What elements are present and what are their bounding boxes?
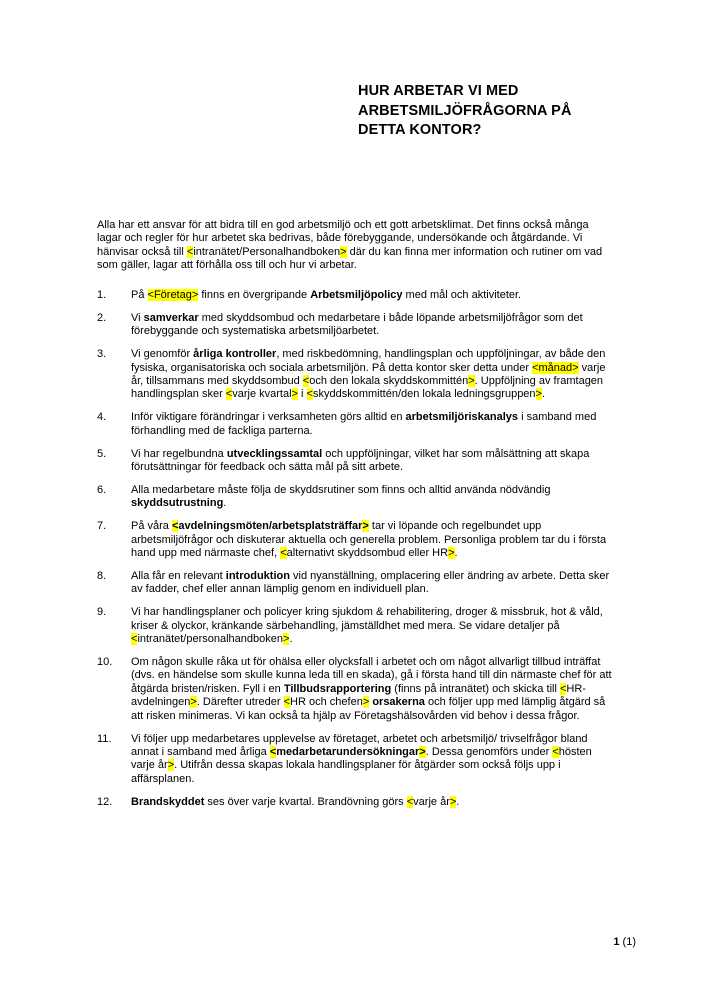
text-run: samverkar [144,312,199,324]
document-title: HUR ARBETAR VI MED ARBETSMILJÖFRÅGORNA P… [358,82,608,141]
text-run: medarbetarundersökningar [276,746,419,758]
list-item: 1. På <Företag> finns en övergripande Ar… [97,289,614,302]
list-item: 7. På våra <avdelningsmöten/arbetsplatst… [97,520,614,560]
text-run: . Utifrån dessa skapas lokala handlingsp… [131,759,561,784]
list-item-text: Vi genomför årliga kontroller, med riskb… [131,348,614,402]
title-line-2: ARBETSMILJÖFRÅGORNA PÅ [358,102,608,122]
title-line-3: DETTA KONTOR? [358,121,608,141]
list-item-text: Vi följer upp medarbetares upplevelse av… [131,733,614,787]
text-run: På [131,289,148,301]
text-run: utvecklingssamtal [227,448,322,460]
list-item-text: Inför viktigare förändringar i verksamhe… [131,411,614,438]
text-run: Vi har regelbundna [131,448,227,460]
document-page: HUR ARBETAR VI MED ARBETSMILJÖFRÅGORNA P… [0,0,707,1000]
text-run: . Dessa genomförs under [426,746,553,758]
list-item-text: Vi har regelbundna utvecklingssamtal och… [131,448,614,475]
text-run: varje kvartal [232,388,291,400]
text-run: . Därefter utreder [197,696,284,708]
list-item-number: 2. [97,312,131,339]
list-item: 10. Om någon skulle råka ut för ohälsa e… [97,656,614,723]
text-run: skyddskommittén/den lokala ledningsgrupp… [313,388,536,400]
text-run: Alla medarbetare måste följa de skyddsru… [131,484,550,496]
list-item-number: 1. [97,289,131,302]
list-item-number: 12. [97,796,131,809]
text-run: . [456,796,459,808]
text-run: avdelningsmöten/arbetsplatsträffar [178,520,362,532]
list-item-number: 8. [97,570,131,597]
text-run: På våra [131,520,172,532]
text-run: med mål och aktiviteter. [403,289,522,301]
list-item-number: 7. [97,520,131,560]
text-run: (finns på intranätet) och skicka till [391,683,560,695]
text-run: med skyddsombud och medarbetare i både l… [131,312,583,337]
list-item: 5. Vi har regelbundna utvecklingssamtal … [97,448,614,475]
numbered-list: 1. På <Företag> finns en övergripande Ar… [97,289,614,819]
text-run: introduktion [226,570,290,582]
text-run: Tillbudsrapportering [284,683,391,695]
text-run: Vi har handlingsplaner och policyer krin… [131,606,603,631]
text-run: varje år [413,796,450,808]
list-item-text: På våra <avdelningsmöten/arbetsplatsträf… [131,520,614,560]
list-item-text: Vi har handlingsplaner och policyer krin… [131,606,614,646]
text-run: Alla får en relevant [131,570,226,582]
page-number-total: (1) [620,936,637,948]
list-item-number: 5. [97,448,131,475]
text-run: årliga kontroller [193,348,276,360]
list-item-number: 10. [97,656,131,723]
text-run: . [223,497,226,509]
list-item-number: 4. [97,411,131,438]
list-item-number: 3. [97,348,131,402]
list-item-number: 6. [97,484,131,511]
text-run: arbetsmiljöriskanalys [406,411,519,423]
page-number: 1 (1) [613,936,636,949]
text-run: orsakerna [372,696,425,708]
text-run: . [542,388,545,400]
intro-paragraph: Alla har ett ansvar för att bidra till e… [97,219,614,273]
list-item-number: 11. [97,733,131,787]
list-item: 11. Vi följer upp medarbetares upplevels… [97,733,614,787]
text-run: ses över varje kvartal. Brandövning görs [204,796,406,808]
list-item-text: Om någon skulle råka ut för ohälsa eller… [131,656,614,723]
text-run: . [455,547,458,559]
list-item-text: Brandskyddet ses över varje kvartal. Bra… [131,796,614,809]
list-item: 4. Inför viktigare förändringar i verksa… [97,411,614,438]
list-item: 9. Vi har handlingsplaner och policyer k… [97,606,614,646]
text-run: intranätet/Personalhandboken [193,246,340,258]
text-run: Arbetsmiljöpolicy [310,289,402,301]
text-run: i [298,388,307,400]
text-run: intranätet/personalhandboken [137,633,283,645]
text-run: HR och chefen [290,696,363,708]
list-item-text: Alla medarbetare måste följa de skyddsru… [131,484,614,511]
list-item: 12. Brandskyddet ses över varje kvartal.… [97,796,614,809]
placeholder-highlight: <månad> [532,362,578,374]
text-run: alternativt skyddsombud eller HR [287,547,448,559]
list-item-text: Vi samverkar med skyddsombud och medarbe… [131,312,614,339]
text-run: och den lokala skyddskommittén [309,375,468,387]
list-item-number: 9. [97,606,131,646]
list-item: 3. Vi genomför årliga kontroller, med ri… [97,348,614,402]
list-item: 6. Alla medarbetare måste följa de skydd… [97,484,614,511]
list-item-text: På <Företag> finns en övergripande Arbet… [131,289,614,302]
text-run: finns en övergripande [198,289,310,301]
text-run: Inför viktigare förändringar i verksamhe… [131,411,406,423]
placeholder-highlight: <Företag> [148,289,199,301]
title-line-1: HUR ARBETAR VI MED [358,82,608,102]
text-run: skyddsutrustning [131,497,223,509]
list-item: 8. Alla får en relevant introduktion vid… [97,570,614,597]
text-run: Vi genomför [131,348,193,360]
list-item: 2. Vi samverkar med skyddsombud och meda… [97,312,614,339]
text-run: Brandskyddet [131,796,204,808]
list-item-text: Alla får en relevant introduktion vid ny… [131,570,614,597]
text-run: Vi [131,312,144,324]
text-run: . [289,633,292,645]
